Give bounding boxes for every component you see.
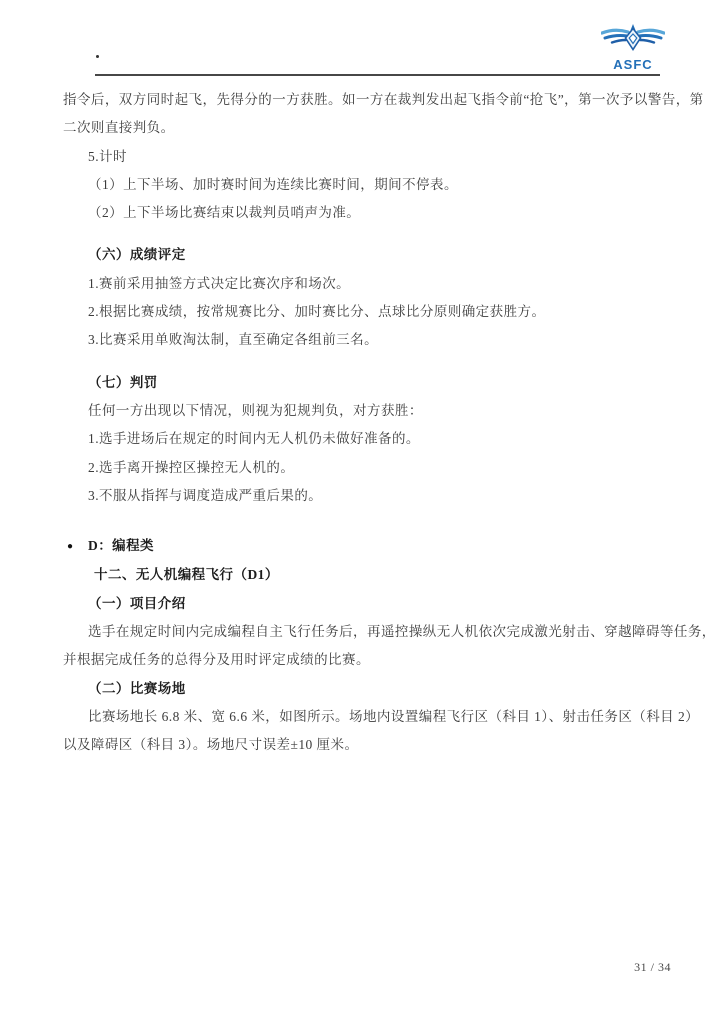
paragraph-line: 指令后，双方同时起飞，先得分的一方获胜。如一方在裁判发出起飞指令前“抢飞”，第一… xyxy=(63,86,663,114)
category-heading-label: D：编程类 xyxy=(88,538,154,553)
list-item: （1）上下半场、加时赛时间为连续比赛时间，期间不停表。 xyxy=(63,171,663,199)
asfc-logo: ASFC xyxy=(600,24,666,72)
section-heading: （六）成绩评定 xyxy=(63,241,663,269)
section-heading: （一）项目介绍 xyxy=(63,590,663,618)
list-item: 1.赛前采用抽签方式决定比赛次序和场次。 xyxy=(63,270,663,298)
header-dot xyxy=(96,55,99,58)
document-body: 指令后，双方同时起飞，先得分的一方获胜。如一方在裁判发出起飞指令前“抢飞”，第一… xyxy=(63,86,663,760)
chapter-heading: 十二、无人机编程飞行（D1） xyxy=(63,561,663,589)
section-heading: （二）比赛场地 xyxy=(63,675,663,703)
list-item: 3.不服从指挥与调度造成严重后果的。 xyxy=(63,482,663,510)
list-item: 3.比赛采用单败淘汰制，直至确定各组前三名。 xyxy=(63,326,663,354)
paragraph-line: 比赛场地长 6.8 米、宽 6.6 米，如图所示。场地内设置编程飞行区（科目 1… xyxy=(63,703,663,731)
paragraph-line: 选手在规定时间内完成编程自主飞行任务后，再遥控操纵无人机依次完成激光射击、穿越障… xyxy=(63,618,663,646)
section-heading: （七）判罚 xyxy=(63,369,663,397)
paragraph-line: 并根据完成任务的总得分及用时评定成绩的比赛。 xyxy=(63,646,663,674)
list-item: 2.根据比赛成绩，按常规赛比分、加时赛比分、点球比分原则确定获胜方。 xyxy=(63,298,663,326)
list-item: 1.选手进场后在规定的时间内无人机仍未做好准备的。 xyxy=(63,425,663,453)
list-item: 5.计时 xyxy=(63,143,663,171)
category-heading: ●D：编程类 xyxy=(63,532,663,561)
asfc-logo-text: ASFC xyxy=(600,57,666,72)
document-page: ASFC 指令后，双方同时起飞，先得分的一方获胜。如一方在裁判发出起飞指令前“抢… xyxy=(0,0,724,1024)
list-item: （2）上下半场比赛结束以裁判员哨声为准。 xyxy=(63,199,663,227)
bullet-icon: ● xyxy=(67,533,88,561)
paragraph-line: 以及障碍区（科目 3）。场地尺寸误差±10 厘米。 xyxy=(63,731,663,759)
list-item: 2.选手离开操控区操控无人机的。 xyxy=(63,454,663,482)
asfc-wings-icon xyxy=(601,24,665,51)
page-number: 31 / 34 xyxy=(634,960,671,975)
paragraph-line: 任何一方出现以下情况，则视为犯规判负，对方获胜： xyxy=(63,397,663,425)
header-divider xyxy=(95,74,660,76)
paragraph-line: 二次则直接判负。 xyxy=(63,114,663,142)
